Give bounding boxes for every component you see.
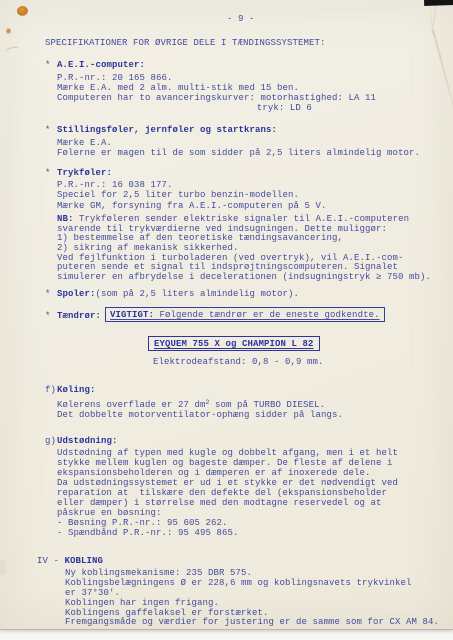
section-body: P.R.-nr.: 16 038 177. Speciel for 2,5 li… bbox=[57, 180, 445, 211]
doc-line: Speciel for 2,5 liter turbo benzin-model… bbox=[57, 190, 445, 200]
rust-stain-large bbox=[17, 6, 28, 16]
section-body: Mærke E.A. Følerne er magen til de som s… bbox=[57, 138, 445, 158]
roman-numeral: IV - bbox=[37, 556, 59, 566]
doc-line: Kølerens overflade er 27 dm2 som på TURB… bbox=[57, 398, 445, 410]
section-heading: Tændrør: bbox=[57, 311, 101, 321]
page-title: SPECIFIKATIONER FOR ØVRIGE DELE I TÆNDIN… bbox=[45, 38, 445, 48]
vigtigt-text: Følgende tændrør er de eneste godkendte. bbox=[160, 310, 380, 320]
pencil-arc-mark bbox=[4, 45, 22, 59]
item-label: f) bbox=[45, 385, 56, 395]
section-koling: f) Køling: Kølerens overflade er 27 dm2 … bbox=[45, 385, 445, 420]
vigtigt-label: VIGTIGT: bbox=[110, 310, 154, 320]
bullet-asterisk: * bbox=[45, 311, 51, 321]
doc-line: P.R.-nr.: 16 038 177. bbox=[57, 180, 445, 190]
doc-line: Fremgangsmåde og værdier for justering e… bbox=[65, 618, 445, 628]
bullet-asterisk: * bbox=[45, 289, 51, 299]
doc-line: - Spændbånd P.R.-nr.: 95 495 865. bbox=[57, 528, 445, 538]
section-kobling: IV - KOBLING Ny koblingsmekanisme: 235 D… bbox=[45, 556, 445, 628]
electrode-gap-line: Elektrodeafstand: 0,8 - 0,9 mm. bbox=[153, 357, 445, 367]
scan-root: { "page": { "number": "- 9 -", "title": … bbox=[0, 0, 453, 640]
doc-line: Mærke GM, forsyning fra A.E.I.-computere… bbox=[57, 201, 445, 211]
section-aei-computer: * A.E.I.-computer: P.R.-nr.: 20 165 866.… bbox=[45, 60, 445, 113]
section-heading: Stillingsføler, jernføler og startkrans: bbox=[57, 125, 445, 135]
doc-line: eller dæmper) i størrelse med den modtag… bbox=[57, 498, 445, 508]
section-heading: Udstødning: bbox=[57, 436, 445, 446]
doc-line: stykke mellem kuglen og bageste dæmper. … bbox=[57, 458, 445, 468]
document-content: - 9 - SPECIFIKATIONER FOR ØVRIGE DELE I … bbox=[45, 14, 445, 628]
section-stillingsfoler: * Stillingsføler, jernføler og startkran… bbox=[45, 125, 445, 158]
doc-line: tryk: LD 6 bbox=[257, 103, 445, 113]
doc-line: simulerer en afbrydelse i decelerationen… bbox=[57, 273, 445, 283]
doc-line: Computeren har to avanceringskurver: mot… bbox=[57, 93, 445, 103]
bullet-asterisk: * bbox=[45, 168, 51, 178]
doc-line: Mærke E.A. bbox=[57, 138, 445, 148]
approved-plugs-row: EYQUEM 755 X og CHAMPION L 82 bbox=[45, 329, 445, 351]
section-body: Kølerens overflade er 27 dm2 som på TURB… bbox=[57, 398, 445, 420]
doc-line: Udstødning af typen med kugle og dobbelt… bbox=[57, 448, 445, 458]
section-body: P.R.-nr.: 20 165 866. Mærke E.A. med 2 a… bbox=[57, 73, 445, 114]
doc-line: ekspansionsbeholderen og i dæmperen er a… bbox=[57, 468, 445, 478]
scanner-corner-mark bbox=[424, 0, 453, 6]
scanned-paper: - 9 - SPECIFIKATIONER FOR ØVRIGE DELE I … bbox=[0, 0, 453, 630]
bullet-asterisk: * bbox=[45, 60, 51, 70]
doc-line: Koblingsbelægningens Ø er 228,6 mm og ko… bbox=[65, 579, 445, 589]
section-spoler: * Spoler:(som på 2,5 liters almindelig m… bbox=[45, 289, 445, 299]
section-heading: Spoler: bbox=[57, 289, 96, 299]
spoler-line: Spoler:(som på 2,5 liters almindelig mot… bbox=[57, 289, 445, 299]
vigtigt-callout-box: VIGTIGT: Følgende tændrør er de eneste g… bbox=[105, 307, 385, 322]
doc-line: Følerne er magen til de som sidder på 2,… bbox=[57, 148, 445, 158]
doc-line: - Bøsning P.R.-nr.: 95 605 262. bbox=[57, 518, 445, 528]
doc-line: reparation at tilskære den defekte del (… bbox=[57, 488, 445, 498]
section-heading: A.E.I.-computer: bbox=[57, 60, 445, 70]
doc-line: Det dobbelte motorventilator-ophæng sidd… bbox=[57, 410, 445, 420]
section-trykfoler: * Trykføler: P.R.-nr.: 16 038 177. Speci… bbox=[45, 168, 445, 283]
section-taendror: * Tændrør: VIGTIGT: Følgende tændrør er … bbox=[45, 311, 445, 329]
page-number: - 9 - bbox=[227, 14, 445, 24]
section-heading: Trykføler: bbox=[57, 168, 445, 178]
doc-line: Mærke E.A. med 2 alm. multi-stik med 15 … bbox=[57, 83, 445, 93]
nb-label: NB: bbox=[57, 214, 74, 224]
nb-note: NB: Trykføleren sender elektriske signal… bbox=[57, 215, 445, 283]
section-heading: KOBLING bbox=[65, 556, 104, 566]
item-label: g) bbox=[45, 436, 56, 446]
spoler-rest: (som på 2,5 liters almindelig motor). bbox=[96, 289, 300, 299]
section-body: Udstødning af typen med kugle og dobbelt… bbox=[57, 448, 445, 538]
section-udstodning: g) Udstødning: Udstødning af typen med k… bbox=[45, 436, 445, 538]
bullet-asterisk: * bbox=[45, 125, 51, 135]
section-heading: Køling: bbox=[57, 385, 445, 395]
edge-smudge bbox=[0, 560, 7, 575]
rust-stain-small bbox=[6, 28, 11, 34]
approved-plugs-box: EYQUEM 755 X og CHAMPION L 82 bbox=[148, 336, 320, 351]
section-body: Ny koblingsmekanisme: 235 DBR 575. Kobli… bbox=[65, 569, 445, 628]
section-heading-row: IV - KOBLING bbox=[37, 556, 445, 566]
doc-line: påskrue en bøsning: bbox=[57, 508, 445, 518]
doc-line: Da udstødningssystemet er ud i et stykke… bbox=[57, 478, 445, 488]
doc-line: P.R.-nr.: 20 165 866. bbox=[57, 73, 445, 83]
